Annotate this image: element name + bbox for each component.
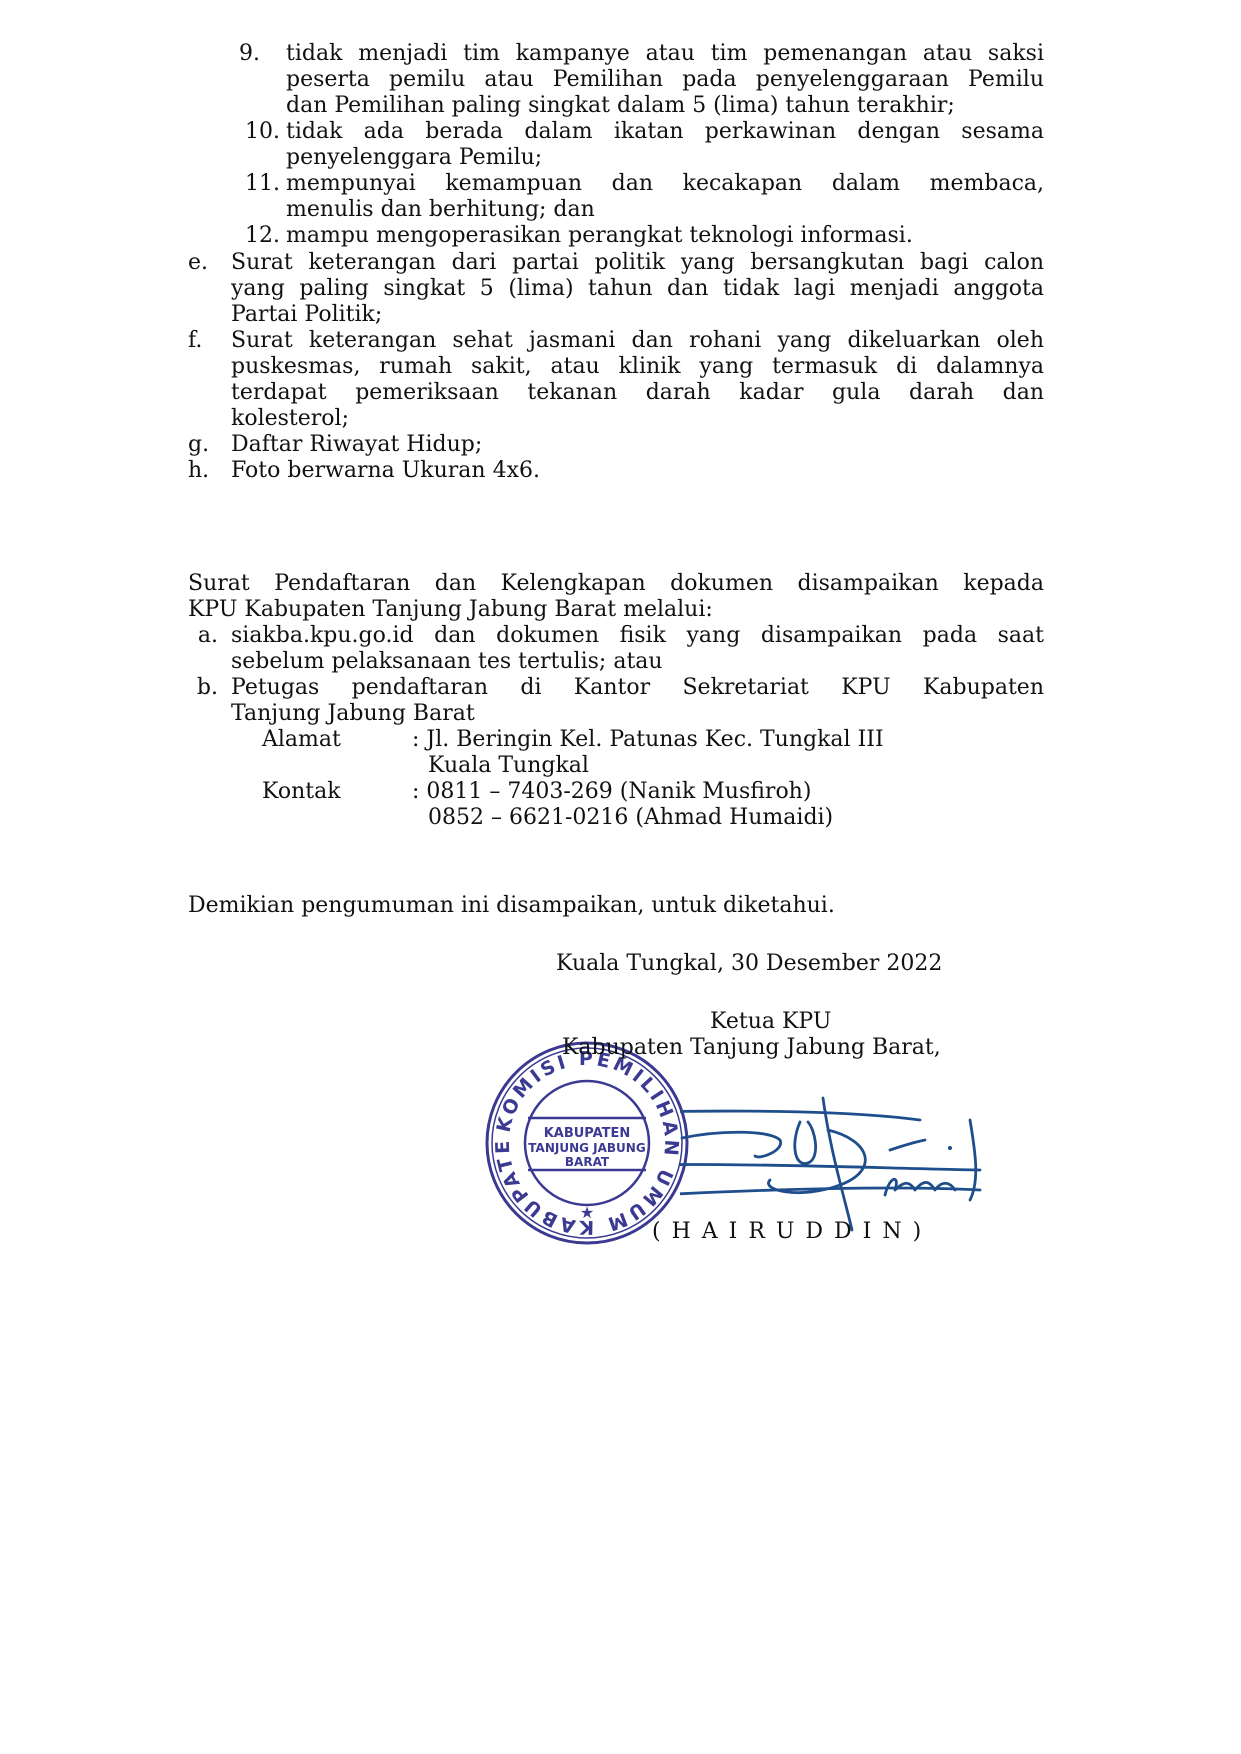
submission-intro: KPU Kabupaten Tanjung Jabung Barat melal… <box>188 597 713 623</box>
item-number: 9. <box>200 41 260 67</box>
item-text: mempunyai kemampuan dan kecakapan dalam … <box>286 171 1044 197</box>
item-text: tidak menjadi tim kampanye atau tim peme… <box>286 41 1044 67</box>
contact-value: 0852 – 6621-0216 (Ahmad Humaidi) <box>428 805 833 831</box>
item-text: peserta pemilu atau Pemilihan pada penye… <box>286 67 1044 93</box>
svg-text:★: ★ <box>580 1203 594 1222</box>
contact-label: Kontak <box>262 779 341 805</box>
item-letter: b. <box>188 675 218 701</box>
item-text: Partai Politik; <box>231 302 382 328</box>
item-letter: f. <box>188 328 202 354</box>
submission-item-text: Tanjung Jabung Barat <box>231 701 475 727</box>
item-text: menulis dan berhitung; dan <box>286 197 595 223</box>
item-number: 12. <box>200 223 280 249</box>
item-number: 10. <box>200 119 280 145</box>
item-text: terdapat pemeriksaan tekanan darah kadar… <box>231 380 1044 406</box>
submission-intro: Surat Pendaftaran dan Kelengkapan dokume… <box>188 571 1044 597</box>
item-text: mampu mengoperasikan perangkat teknologi… <box>286 223 913 249</box>
official-stamp-icon: KOMISI PEMILIHAN UMUM KABUPATEN ★ KABUPA… <box>482 1038 692 1248</box>
item-text: Daftar Riwayat Hidup; <box>231 432 482 458</box>
signatory-title: Ketua KPU <box>710 1009 831 1035</box>
address-value: : Jl. Beringin Kel. Patunas Kec. Tungkal… <box>412 727 884 753</box>
submission-item-text: Petugas pendaftaran di Kantor Sekretaria… <box>231 675 1044 701</box>
item-text: dan Pemilihan paling singkat dalam 5 (li… <box>286 93 955 119</box>
item-text: Surat keterangan sehat jasmani dan rohan… <box>231 328 1044 354</box>
item-text: kolesterol; <box>231 406 349 432</box>
item-number: 11. <box>200 171 280 197</box>
item-letter: g. <box>188 432 209 458</box>
item-letter: h. <box>188 458 209 484</box>
item-text: Foto berwarna Ukuran 4x6. <box>231 458 540 484</box>
submission-item-text: sebelum pelaksanaan tes tertulis; atau <box>231 649 663 675</box>
contact-value: : 0811 – 7403-269 (Nanik Musfiroh) <box>412 779 811 805</box>
document-page: 9. tidak menjadi tim kampanye atau tim p… <box>0 0 1241 1754</box>
place-date: Kuala Tungkal, 30 Desember 2022 <box>556 951 942 977</box>
stamp-inner-line: TANJUNG JABUNG <box>528 1141 645 1155</box>
item-text: tidak ada berada dalam ikatan perkawinan… <box>286 119 1044 145</box>
signatory-office: Kabupaten Tanjung Jabung Barat, <box>562 1035 941 1061</box>
item-letter: a. <box>188 623 218 649</box>
item-text: yang paling singkat 5 (lima) tahun dan t… <box>231 276 1044 302</box>
signatory-name: ( H A I R U D D I N ) <box>652 1219 923 1245</box>
signature-icon <box>680 1090 1000 1240</box>
closing-statement: Demikian pengumuman ini disampaikan, unt… <box>188 893 835 919</box>
submission-item-text: siakba.kpu.go.id dan dokumen fisik yang … <box>231 623 1044 649</box>
item-letter: e. <box>188 250 208 276</box>
item-text: penyelenggara Pemilu; <box>286 145 542 171</box>
stamp-inner-line: KABUPATEN <box>544 1126 631 1141</box>
stamp-inner-line: BARAT <box>565 1155 610 1169</box>
item-text: Surat keterangan dari partai politik yan… <box>231 250 1044 276</box>
address-value: Kuala Tungkal <box>428 753 589 779</box>
address-label: Alamat <box>262 727 341 753</box>
item-text: puskesmas, rumah sakit, atau klinik yang… <box>231 354 1044 380</box>
